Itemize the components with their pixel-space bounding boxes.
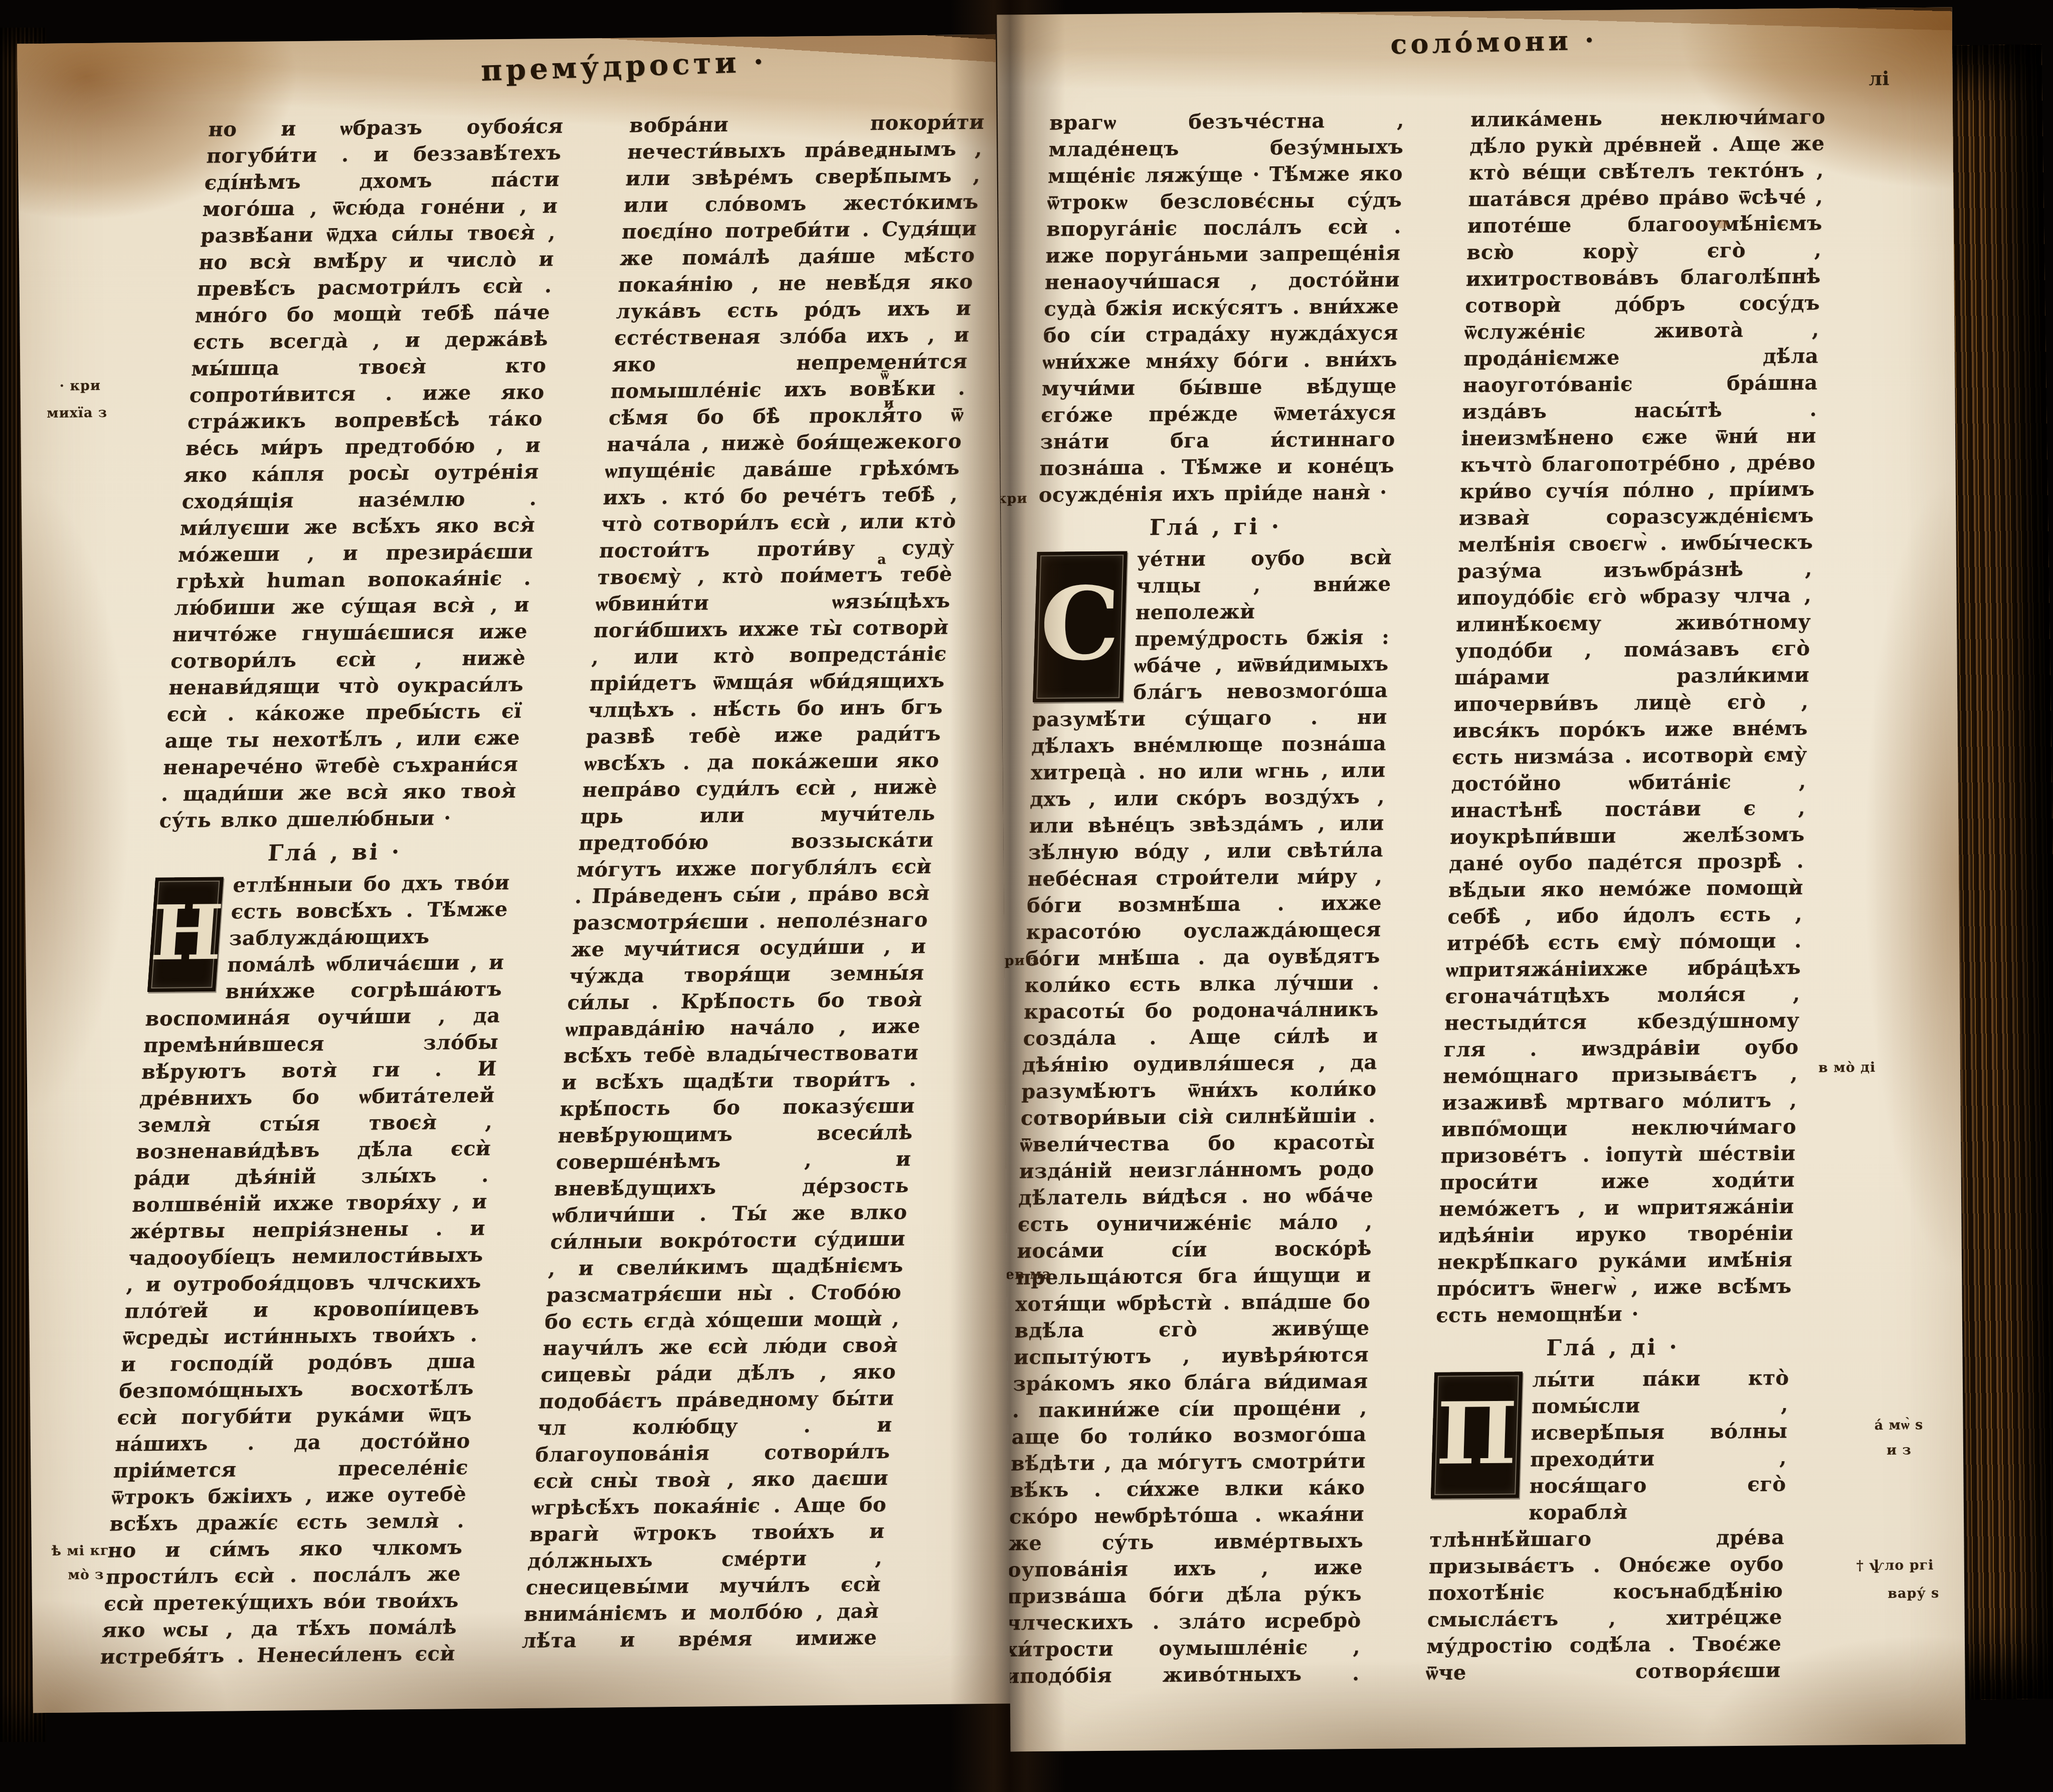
margin-note: ѿ bbox=[880, 367, 889, 383]
margin-note: · кри bbox=[59, 378, 101, 394]
paragraph-wisdom-12-end: врагѡ безъче́стна , младе́нецъ безу́мных… bbox=[1038, 107, 1405, 508]
margin-note: а́ мѡ̀ ѕ bbox=[1874, 1417, 1923, 1434]
margin-note: г bbox=[876, 146, 885, 162]
right-page-columns: врагѡ безъче́стна , младе́нецъ безу́мных… bbox=[1004, 104, 1826, 1714]
chapter-heading-13: Гла́ , гі · bbox=[1037, 512, 1393, 542]
margin-note: михїа з bbox=[47, 405, 107, 422]
margin-note: мо̀ з bbox=[68, 1567, 104, 1583]
left-page: прему́дрости · но и ѡбразъ оубоя́ся погу… bbox=[17, 35, 1012, 1713]
margin-note: ѣ мі кг bbox=[52, 1543, 109, 1559]
right-page-text-block: врагѡ безъче́стна , младе́нецъ безу́мных… bbox=[1004, 104, 1826, 1714]
margin-note: кри bbox=[997, 491, 1027, 507]
running-head-left: прему́дрости · bbox=[480, 45, 768, 88]
folio-number: лі bbox=[1869, 67, 1890, 90]
book-photograph: прему́дрости · но и ѡбразъ оубоя́ся погу… bbox=[0, 0, 2053, 1792]
drop-cap-initial-p: П bbox=[1431, 1371, 1523, 1498]
ink-speck bbox=[1497, 1119, 1501, 1122]
chapter-heading-12: Гла́ , ві · bbox=[156, 838, 513, 868]
running-head-right: соло́мони · bbox=[1390, 24, 1597, 60]
drop-cap-initial-n: Н bbox=[147, 877, 224, 992]
paragraph-wisdom-11: но и ѡбразъ оубоя́ся погуби́ти . и безза… bbox=[158, 113, 564, 834]
drop-cap-initial-s: С bbox=[1033, 551, 1128, 702]
margin-note: вару́ ѕ bbox=[1888, 1585, 1939, 1602]
margin-note: и з bbox=[1887, 1442, 1912, 1458]
ink-speck bbox=[233, 633, 238, 637]
margin-note: в мо̀ ді bbox=[1818, 1060, 1876, 1076]
margin-note: и bbox=[884, 395, 894, 412]
left-page-columns: но и ѡбразъ оубоя́ся погуби́ти . и безза… bbox=[98, 109, 985, 1684]
right-page: соло́мони · лі врагѡ безъче́стна , младе… bbox=[997, 8, 1965, 1752]
left-page-text-block: но и ѡбразъ оубоя́ся погуби́ти . и безза… bbox=[98, 109, 985, 1684]
margin-note: † ѱло ргі bbox=[1856, 1557, 1934, 1574]
chapter-heading-14: Гла́ , ді · bbox=[1435, 1333, 1791, 1362]
ink-speck bbox=[179, 1305, 182, 1308]
margin-note: а bbox=[877, 552, 887, 568]
stain-spot bbox=[1716, 220, 1729, 229]
